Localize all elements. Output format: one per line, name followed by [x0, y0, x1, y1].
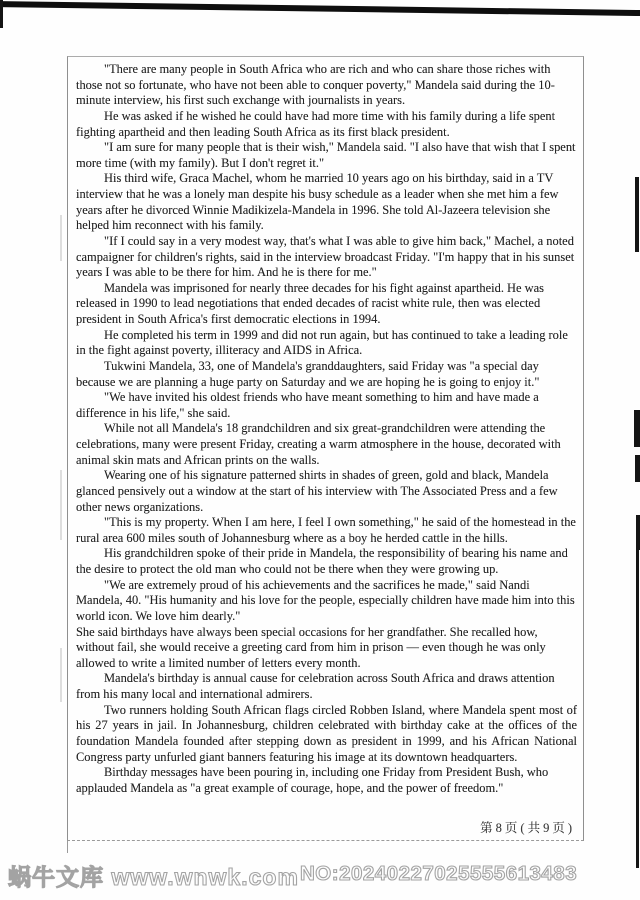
paragraph: Mandela's birthday is annual cause for c… — [76, 671, 577, 702]
article-text: "There are many people in South Africa w… — [76, 62, 577, 796]
paragraph: "We have invited his oldest friends who … — [76, 390, 577, 421]
scan-artifact-left-dash — [60, 215, 62, 261]
paragraph: His grandchildren spoke of their pride i… — [76, 546, 577, 577]
paragraph: He completed his term in 1999 and did no… — [76, 328, 577, 359]
page-number-label: 第8页(共9页) — [480, 818, 575, 836]
paragraph: "This is my property. When I am here, I … — [76, 515, 577, 546]
scan-artifact-right-bar — [634, 410, 640, 447]
paragraph: She said birthdays have always been spec… — [76, 625, 577, 672]
scan-artifact-left-dash — [60, 648, 62, 702]
scan-artifact-right-bar — [635, 177, 639, 252]
paragraph: "I am sure for many people that is their… — [76, 140, 577, 171]
scan-artifact-left-dash — [60, 470, 62, 540]
paragraph: While not all Mandela's 18 grandchildren… — [76, 421, 577, 468]
article-border-box: "There are many people in South Africa w… — [67, 56, 584, 841]
paragraph: Tukwini Mandela, 33, one of Mandela's gr… — [76, 359, 577, 390]
scan-artifact-right-bar — [635, 455, 640, 482]
scan-artifact-border-tail — [67, 841, 68, 853]
watermark-brand: 蜗牛文库 www.wnwk.com — [8, 859, 299, 892]
scan-artifact-left-corner — [0, 0, 3, 28]
paragraph: "We are extremely proud of his achieveme… — [76, 578, 577, 625]
paragraph: Two runners holding South African flags … — [76, 703, 577, 766]
paragraph: Wearing one of his signature patterned s… — [76, 468, 577, 515]
paragraph: Birthday messages have been pouring in, … — [76, 765, 577, 796]
paragraph: Mandela was imprisoned for nearly three … — [76, 281, 577, 328]
scan-artifact-top-line — [0, 1, 640, 16]
paragraph: He was asked if he wished he could have … — [76, 109, 577, 140]
scan-artifact-right-line — [636, 515, 639, 868]
scanned-page: "There are many people in South Africa w… — [0, 0, 640, 900]
paragraph: His third wife, Graca Machel, whom he ma… — [76, 171, 577, 234]
paragraph: "If I could say in a very modest way, th… — [76, 234, 577, 281]
watermark-serial-number: NO:20240227025555613483 — [300, 862, 577, 886]
paragraph: "There are many people in South Africa w… — [76, 62, 577, 109]
